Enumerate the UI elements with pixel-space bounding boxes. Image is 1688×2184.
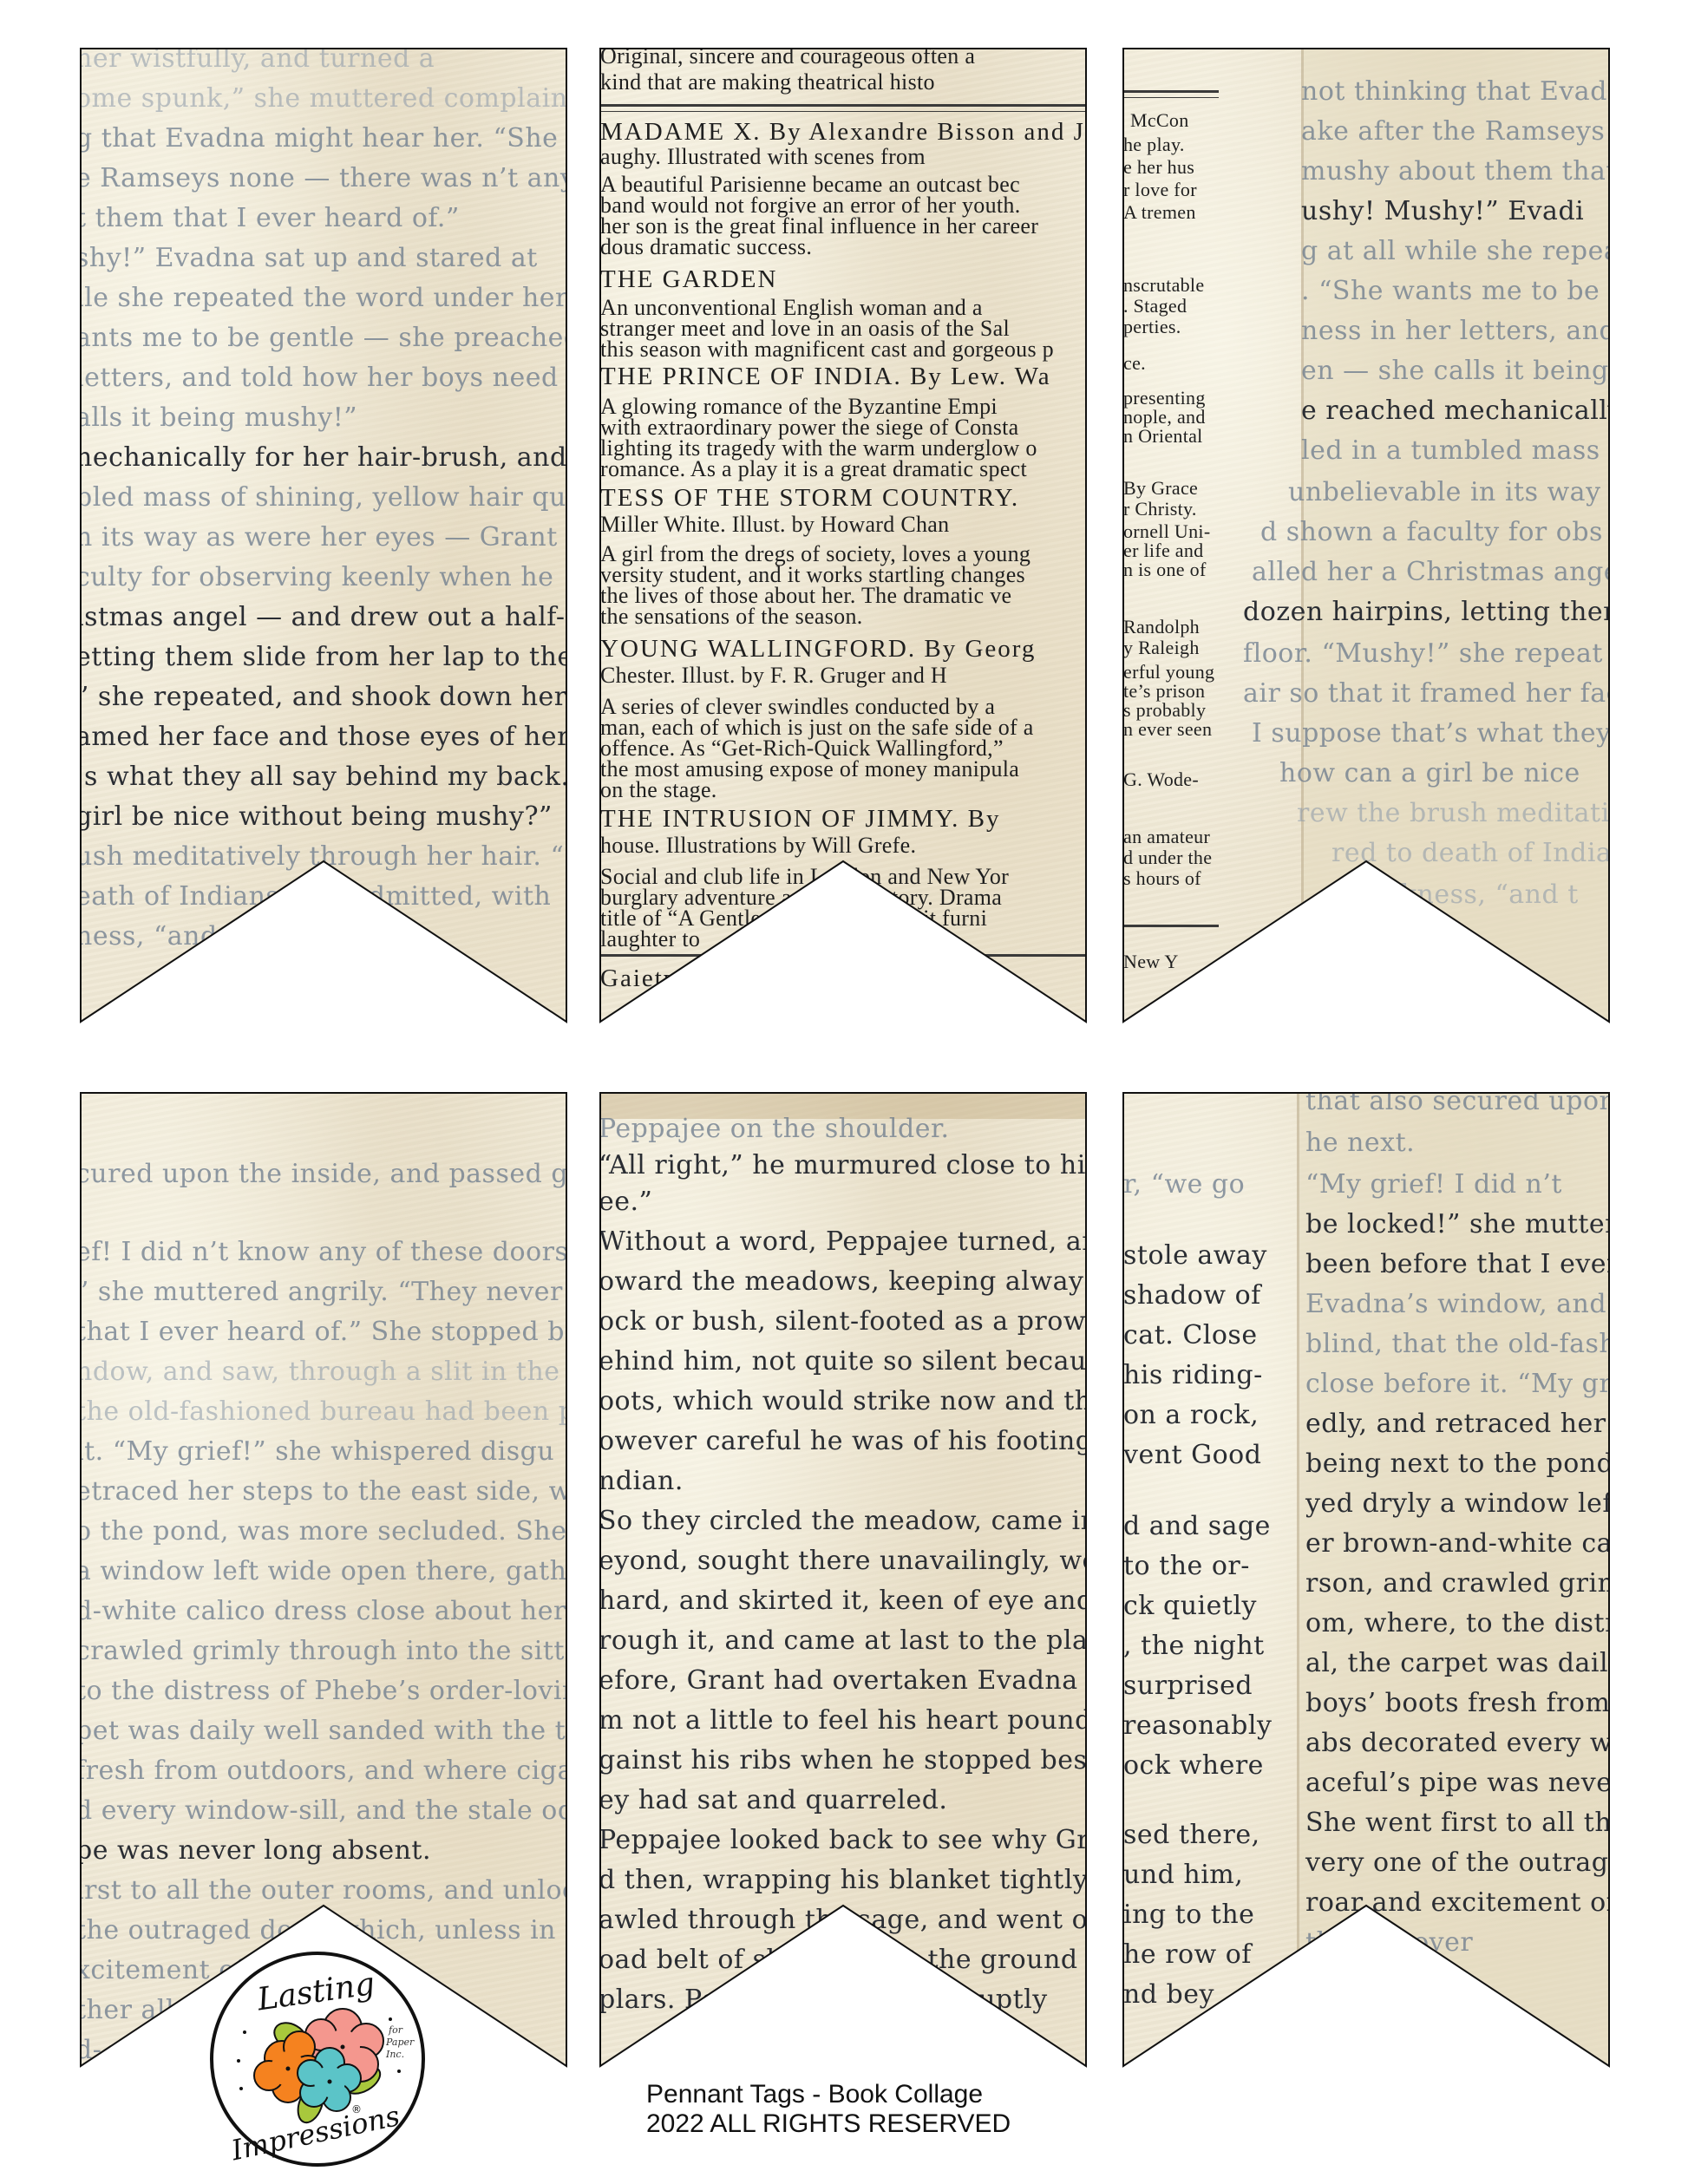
pennant-tag-4: cured upon the inside, and passed grimly… [81, 1093, 566, 2066]
text-line: shadow of [1123, 1280, 1261, 1311]
text-line: r love for [1123, 179, 1197, 201]
text-line: that I ever heard of.” She stopped bef [81, 1317, 566, 1347]
text-line: “All right,” he murmured close to his [600, 1150, 1086, 1180]
text-line: the sensations of the season. [600, 604, 863, 630]
pennant-tag-6: r, “we go stole away shadow of cat. Clos… [1123, 1093, 1609, 2066]
text-line: ock or bush, silent-footed as a prowling… [600, 1306, 1086, 1337]
text-line: G. Wode- [1123, 768, 1199, 791]
text-line: pet was daily well sanded with the tre [81, 1716, 566, 1746]
text-line: al, the carpet was daily [1305, 1648, 1609, 1678]
text-line: efore, Grant had overtaken Evadna — an [600, 1665, 1086, 1696]
text-line: r Christy. [1123, 498, 1197, 520]
text-line: owever careful he was of his footing [600, 1426, 1086, 1456]
text-line: ey had sat and quarreled. [600, 1785, 947, 1815]
text-line: it. “My grief!” she whispered disgu [81, 1436, 554, 1467]
text-line: dozen hairpins, letting them s [1243, 597, 1609, 627]
text-line: y Raleigh [1123, 637, 1200, 659]
text-line: nd bey [1123, 1979, 1214, 2010]
text-line: the old-fashioned bureau had been pul [81, 1396, 566, 1427]
text-line: ness, “and snakes — [81, 921, 354, 951]
text-line: g at all while she repea [1301, 236, 1609, 266]
text-line: laughter to [600, 926, 700, 952]
text-line: aceful’s pipe was never [1305, 1768, 1609, 1798]
text-line: “My grief! I did n’t [1305, 1169, 1562, 1200]
heading: THE GARDEN [600, 265, 777, 294]
text-line: air so that it framed her fac [1243, 678, 1609, 709]
text-line: on a rock, [1123, 1400, 1259, 1430]
text-line: Gaiety Theatre 44th St. New Y [600, 964, 962, 993]
text-line: Original, sincere and courageous often a [600, 49, 975, 69]
text-line: pe was never long absent. [81, 1835, 431, 1866]
text-line: nkness, “and t [1384, 879, 1579, 910]
text-line: ” she muttered angrily. “They never h [81, 1277, 566, 1307]
divider [600, 104, 1086, 107]
text-line: ehind him, not quite so silent because [600, 1346, 1086, 1376]
text-line: be locked!” she muttered [1305, 1209, 1609, 1239]
text-line: on the stage. [600, 777, 717, 803]
text-line: edly, and retraced her st [1305, 1409, 1609, 1439]
text-line: ushy! Mushy!” Evadi [1301, 196, 1584, 226]
text-line: cured upon the inside, and passed grimly [81, 1159, 566, 1189]
text-line: nscrutable [1123, 274, 1204, 297]
text-line: he row of [1123, 1939, 1252, 1970]
text-line: g that Evadna might hear her. “She [81, 123, 558, 154]
text-line: rough it, and came at last to the place … [600, 1625, 1086, 1656]
pennant-tag-5: Peppajee on the shoulder. “All right,” h… [600, 1093, 1086, 2066]
text-line: ing to the [1123, 1900, 1254, 1930]
text-line: ck quietly [1123, 1591, 1257, 1621]
text-line: oward the meadows, keeping always in t [600, 1266, 1086, 1297]
lasting-impressions-logo: Lasting Impressions for Paper Inc. ® [208, 1950, 427, 2168]
text-line: alls it being mushy!” [81, 402, 357, 433]
pennant-tag-2: Original, sincere and courageous often a… [600, 49, 1086, 1022]
text-line: o the pond, was more secluded. She e [81, 1516, 566, 1546]
text-line: en — she calls it being m [1301, 356, 1609, 386]
text-line: om, where, to the distr [1305, 1608, 1609, 1638]
text-line: to the distress of Phebe’s order-lovin [81, 1676, 566, 1706]
text-line: red to death of India [1331, 838, 1609, 868]
text-line: eyond, sought there unavailingly, went [600, 1546, 1086, 1576]
text-line: girl be nice without being mushy?” [81, 801, 553, 832]
svg-text:for: for [388, 2024, 403, 2036]
text-line: not thinking that Evadna [1301, 76, 1609, 107]
text-line: ome spunk,” she muttered complain [81, 83, 566, 114]
text-line: stole away [1123, 1240, 1267, 1271]
text-line: d and sage [1123, 1511, 1271, 1541]
text-line: surprised [1123, 1671, 1253, 1701]
text-line: n its way as were her eyes — Grant [81, 522, 558, 553]
text-line: crawled grimly through into the sittin [81, 1636, 566, 1666]
text-line: etraced her steps to the east side, whi [81, 1476, 566, 1507]
text-line: rson, and crawled grim [1305, 1568, 1609, 1599]
text-line: irst to all the outer rooms, and unlocke [81, 1875, 566, 1906]
text-line: reasonably [1123, 1710, 1272, 1741]
text-line: ndian. [600, 1466, 684, 1496]
text-line: how can a girl be nice [1279, 758, 1580, 788]
text-line: ush meditatively through her hair. “I [81, 841, 566, 872]
text-line: very one of the outraged [1305, 1847, 1609, 1878]
text-line: t them that I ever heard of.” [81, 203, 460, 233]
text-line: So they circled the meadow, came into s [600, 1506, 1086, 1536]
pennant-tag-1: her wistfully, and turned a ome spunk,” … [81, 49, 566, 1022]
svg-text:®: ® [351, 2103, 362, 2115]
divider [1123, 90, 1219, 93]
text-line: Evadna’s window, and sa [1305, 1289, 1609, 1319]
text-line: perties. [1123, 316, 1181, 338]
text-line: to the or- [1123, 1551, 1250, 1581]
text-line: She went first to all the [1305, 1808, 1609, 1838]
text-line: m not a little to feel his heart poundin… [600, 1705, 1086, 1736]
text-line: mushy about them that I [1301, 156, 1609, 186]
text-line: er brown-and-white calico [1305, 1528, 1609, 1559]
text-line: . Staged [1123, 295, 1187, 317]
text-line: nechanically for her hair-brush, and [81, 442, 566, 473]
svg-text:Inc.: Inc. [385, 2049, 404, 2060]
text-line: being next to the pond, w [1305, 1448, 1609, 1479]
text-line: he next. [1305, 1128, 1415, 1158]
footer-title: Pennant Tags - Book Collage [646, 2080, 1011, 2109]
text-line: d-white calico dress close about her plu… [81, 1596, 566, 1626]
text-line: A tremen [1123, 201, 1196, 224]
text-line: this season with magnificent cast and go… [600, 337, 1054, 363]
text-line: hard, and skirted it, keen of eye and ea… [600, 1586, 1086, 1616]
text-line: oots, which would strike now and then [600, 1386, 1086, 1416]
text-line: Miller White. Illust. by Howard Chan [600, 512, 949, 538]
text-line: the outraged door, which, unless in th [81, 1915, 566, 1945]
text-line: dous dramatic success. [600, 234, 812, 260]
text-line: abs decorated every windo [1305, 1728, 1609, 1758]
text-line: awled through the sage, and went on, k [600, 1905, 1086, 1935]
text-line: ’s what they all say behind my back. [81, 762, 566, 792]
text-line: ther all over [1305, 1927, 1473, 1958]
heading: MADAME X. By Alexandre Bisson and J. [600, 118, 1086, 147]
text-line: istmas angel — and drew out a half- [81, 602, 565, 632]
text-line: floor. “Mushy!” she repeat [1243, 638, 1603, 669]
text-line: he play. [1123, 134, 1185, 156]
text-line: oad belt of shadow that the ground b [600, 1945, 1086, 1975]
text-line: bled mass of shining, yellow hair quite [81, 482, 566, 513]
text-line: ndow, and saw, through a slit in the gr [81, 1357, 566, 1387]
text-line: ” she repeated, and shook down her [81, 682, 566, 712]
text-line: . “She wants me to be [1301, 276, 1600, 306]
text-line: roar and excitement of [1305, 1887, 1609, 1918]
text-line: By Grace [1123, 477, 1198, 500]
text-line: e reached mechanically f [1301, 396, 1609, 426]
text-line: s hours of [1123, 867, 1201, 890]
text-line: ake after the Ramseys no [1301, 116, 1609, 147]
text-line: McCon [1130, 109, 1189, 132]
text-line: shy!” Evadna sat up and stared at [81, 243, 538, 273]
text-line: plars. Peppajee stopped abruptly [600, 1985, 1048, 2015]
divider [1123, 925, 1219, 927]
text-line: ce. [1123, 352, 1146, 375]
text-line: , the night [1123, 1631, 1265, 1661]
text-line: fresh from outdoors, and where cigaret [81, 1756, 566, 1786]
footer-caption: Pennant Tags - Book Collage 2022 ALL RIG… [646, 2080, 1011, 2139]
text-line: d every window-sill, and the stale odor … [81, 1795, 566, 1826]
text-line: aughy. Illustrated with scenes from [600, 144, 926, 170]
text-line: New Y [1123, 951, 1179, 973]
text-line: red thr [1305, 1967, 1401, 1998]
text-line: n Oriental [1123, 425, 1203, 448]
text-line: amed her face and those eyes of hers. [81, 722, 566, 752]
text-line: led in a tumbled mass of s [1301, 435, 1609, 466]
svg-text:Paper: Paper [385, 2037, 415, 2048]
text-line: romance. As a play it is a great dramati… [600, 456, 1027, 482]
text-line: etting them slide from her lap to the [81, 642, 566, 672]
divider [1123, 97, 1219, 98]
text-line: e Ramseys none — there was n’t any- [81, 163, 566, 193]
text-line: eath of Indians, she admitted, with [81, 881, 551, 912]
text-line: ef! I did n’t know any of these doors co [81, 1237, 566, 1267]
text-line: vent Good [1123, 1440, 1261, 1470]
heading: TESS OF THE STORM COUNTRY. [600, 484, 1019, 513]
text-line: culty for observing keenly when he [81, 562, 553, 592]
text-line: an amateur [1123, 826, 1210, 848]
text-line: a window left wide open there, gather [81, 1556, 566, 1586]
text-line: d under the [1123, 847, 1212, 869]
divider [600, 111, 1086, 112]
text-line: Peppajee looked back to see why Grant [600, 1825, 1086, 1855]
text-line: ee.” [600, 1187, 652, 1217]
text-line: d- [81, 2035, 101, 2065]
text-line: ants me to be gentle — she preached [81, 323, 566, 353]
text-line: boys’ boots fresh from ou [1305, 1688, 1609, 1718]
text-line: d shown a faculty for obs [1260, 517, 1603, 547]
text-line: Chester. Illust. by F. R. Gruger and H [600, 663, 947, 689]
heading: THE INTRUSION OF JIMMY. By [600, 805, 1001, 834]
text-line: close before it. “My gri [1305, 1369, 1609, 1399]
text-line: e her hus [1123, 156, 1194, 179]
text-line: gainst his ribs when he stopped beside t… [600, 1745, 1086, 1775]
text-line: been before that I ever he [1305, 1249, 1609, 1279]
text-line: Randolph [1123, 616, 1200, 638]
divider [600, 954, 1086, 957]
text-line: unbelievable in its way as [1288, 477, 1609, 507]
pennant-tag-3: McCon he play. e her hus r love for A tr… [1123, 49, 1609, 1022]
text-line: that also secured upon th [1305, 1093, 1609, 1116]
text-line: ock where [1123, 1750, 1264, 1781]
text-line: house. Illustrations by Will Grefe. [600, 833, 916, 859]
text-line: blind, that the old-fashio [1305, 1329, 1609, 1359]
footer-copyright: 2022 ALL RIGHTS RESERVED [646, 2109, 1011, 2139]
text-line: und him, [1123, 1860, 1243, 1890]
text-line: r, “we go [1123, 1169, 1245, 1200]
text-line: yed dryly a window lef [1305, 1488, 1609, 1519]
text-line: ile she repeated the word under her [81, 283, 566, 313]
text-line: her wistfully, and turned a [81, 49, 435, 74]
text-line: rew the brush meditative [1297, 798, 1609, 828]
text-line: kind that are making theatrical histo [600, 69, 935, 95]
text-line: ness in her letters, and to [1301, 316, 1609, 346]
text-line: d then, wrapping his blanket tightly [600, 1865, 1086, 1895]
paper-tear [1297, 1093, 1299, 2066]
text-line: Without a word, Peppajee turned, an [600, 1226, 1086, 1257]
text-line: alled her a Christmas angel [1252, 557, 1609, 587]
text-line: I suppose that’s what they [1252, 718, 1609, 749]
text-line: letters, and told how her boys need it, [81, 363, 566, 393]
heading: THE PRINCE OF INDIA. By Lew. Wa [600, 363, 1051, 391]
text-line: cat. Close [1123, 1320, 1258, 1350]
text-line: Peppajee on the shoulder. [600, 1114, 950, 1144]
text-line: n ever seen [1123, 718, 1212, 741]
text-line: his riding- [1123, 1360, 1263, 1390]
heading: YOUNG WALLINGFORD. By Georg [600, 635, 1036, 664]
text-line: n is one of [1123, 559, 1207, 581]
text-line: sed there, [1123, 1820, 1260, 1850]
